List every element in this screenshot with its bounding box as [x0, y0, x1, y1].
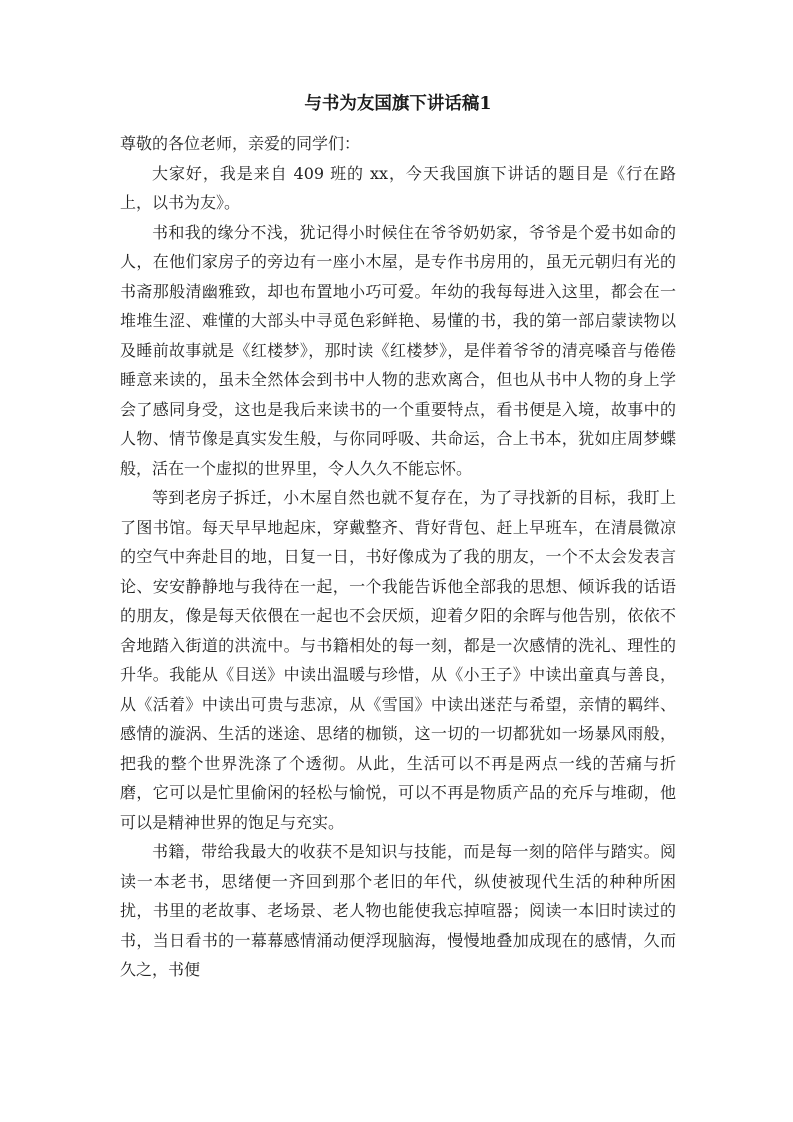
document-title: 与书为友国旗下讲话稿1 — [120, 92, 676, 116]
document-content: 与书为友国旗下讲话稿1 尊敬的各位老师，亲爱的同学们：大家好，我是来自 409 … — [0, 0, 793, 985]
paragraph: 等到老房子拆迁，小木屋自然也就不复存在，为了寻找新的目标，我盯上了图书馆。每天早… — [120, 483, 676, 837]
document-body: 尊敬的各位老师，亲爱的同学们：大家好，我是来自 409 班的 xx，今天我国旗下… — [120, 129, 676, 985]
paragraph: 书和我的缘分不浅，犹记得小时候住在爷爷奶奶家，爷爷是个爱书如命的人，在他们家房子… — [120, 218, 676, 484]
paragraph: 尊敬的各位老师，亲爱的同学们： — [120, 129, 676, 159]
paragraph: 大家好，我是来自 409 班的 xx，今天我国旗下讲话的题目是《行在路上，以书为… — [120, 159, 676, 218]
paragraph: 书籍，带给我最大的收获不是知识与技能，而是每一刻的陪伴与踏实。阅读一本老书，思绪… — [120, 837, 676, 985]
document-page: 与书为友国旗下讲话稿1 尊敬的各位老师，亲爱的同学们：大家好，我是来自 409 … — [0, 0, 793, 1122]
